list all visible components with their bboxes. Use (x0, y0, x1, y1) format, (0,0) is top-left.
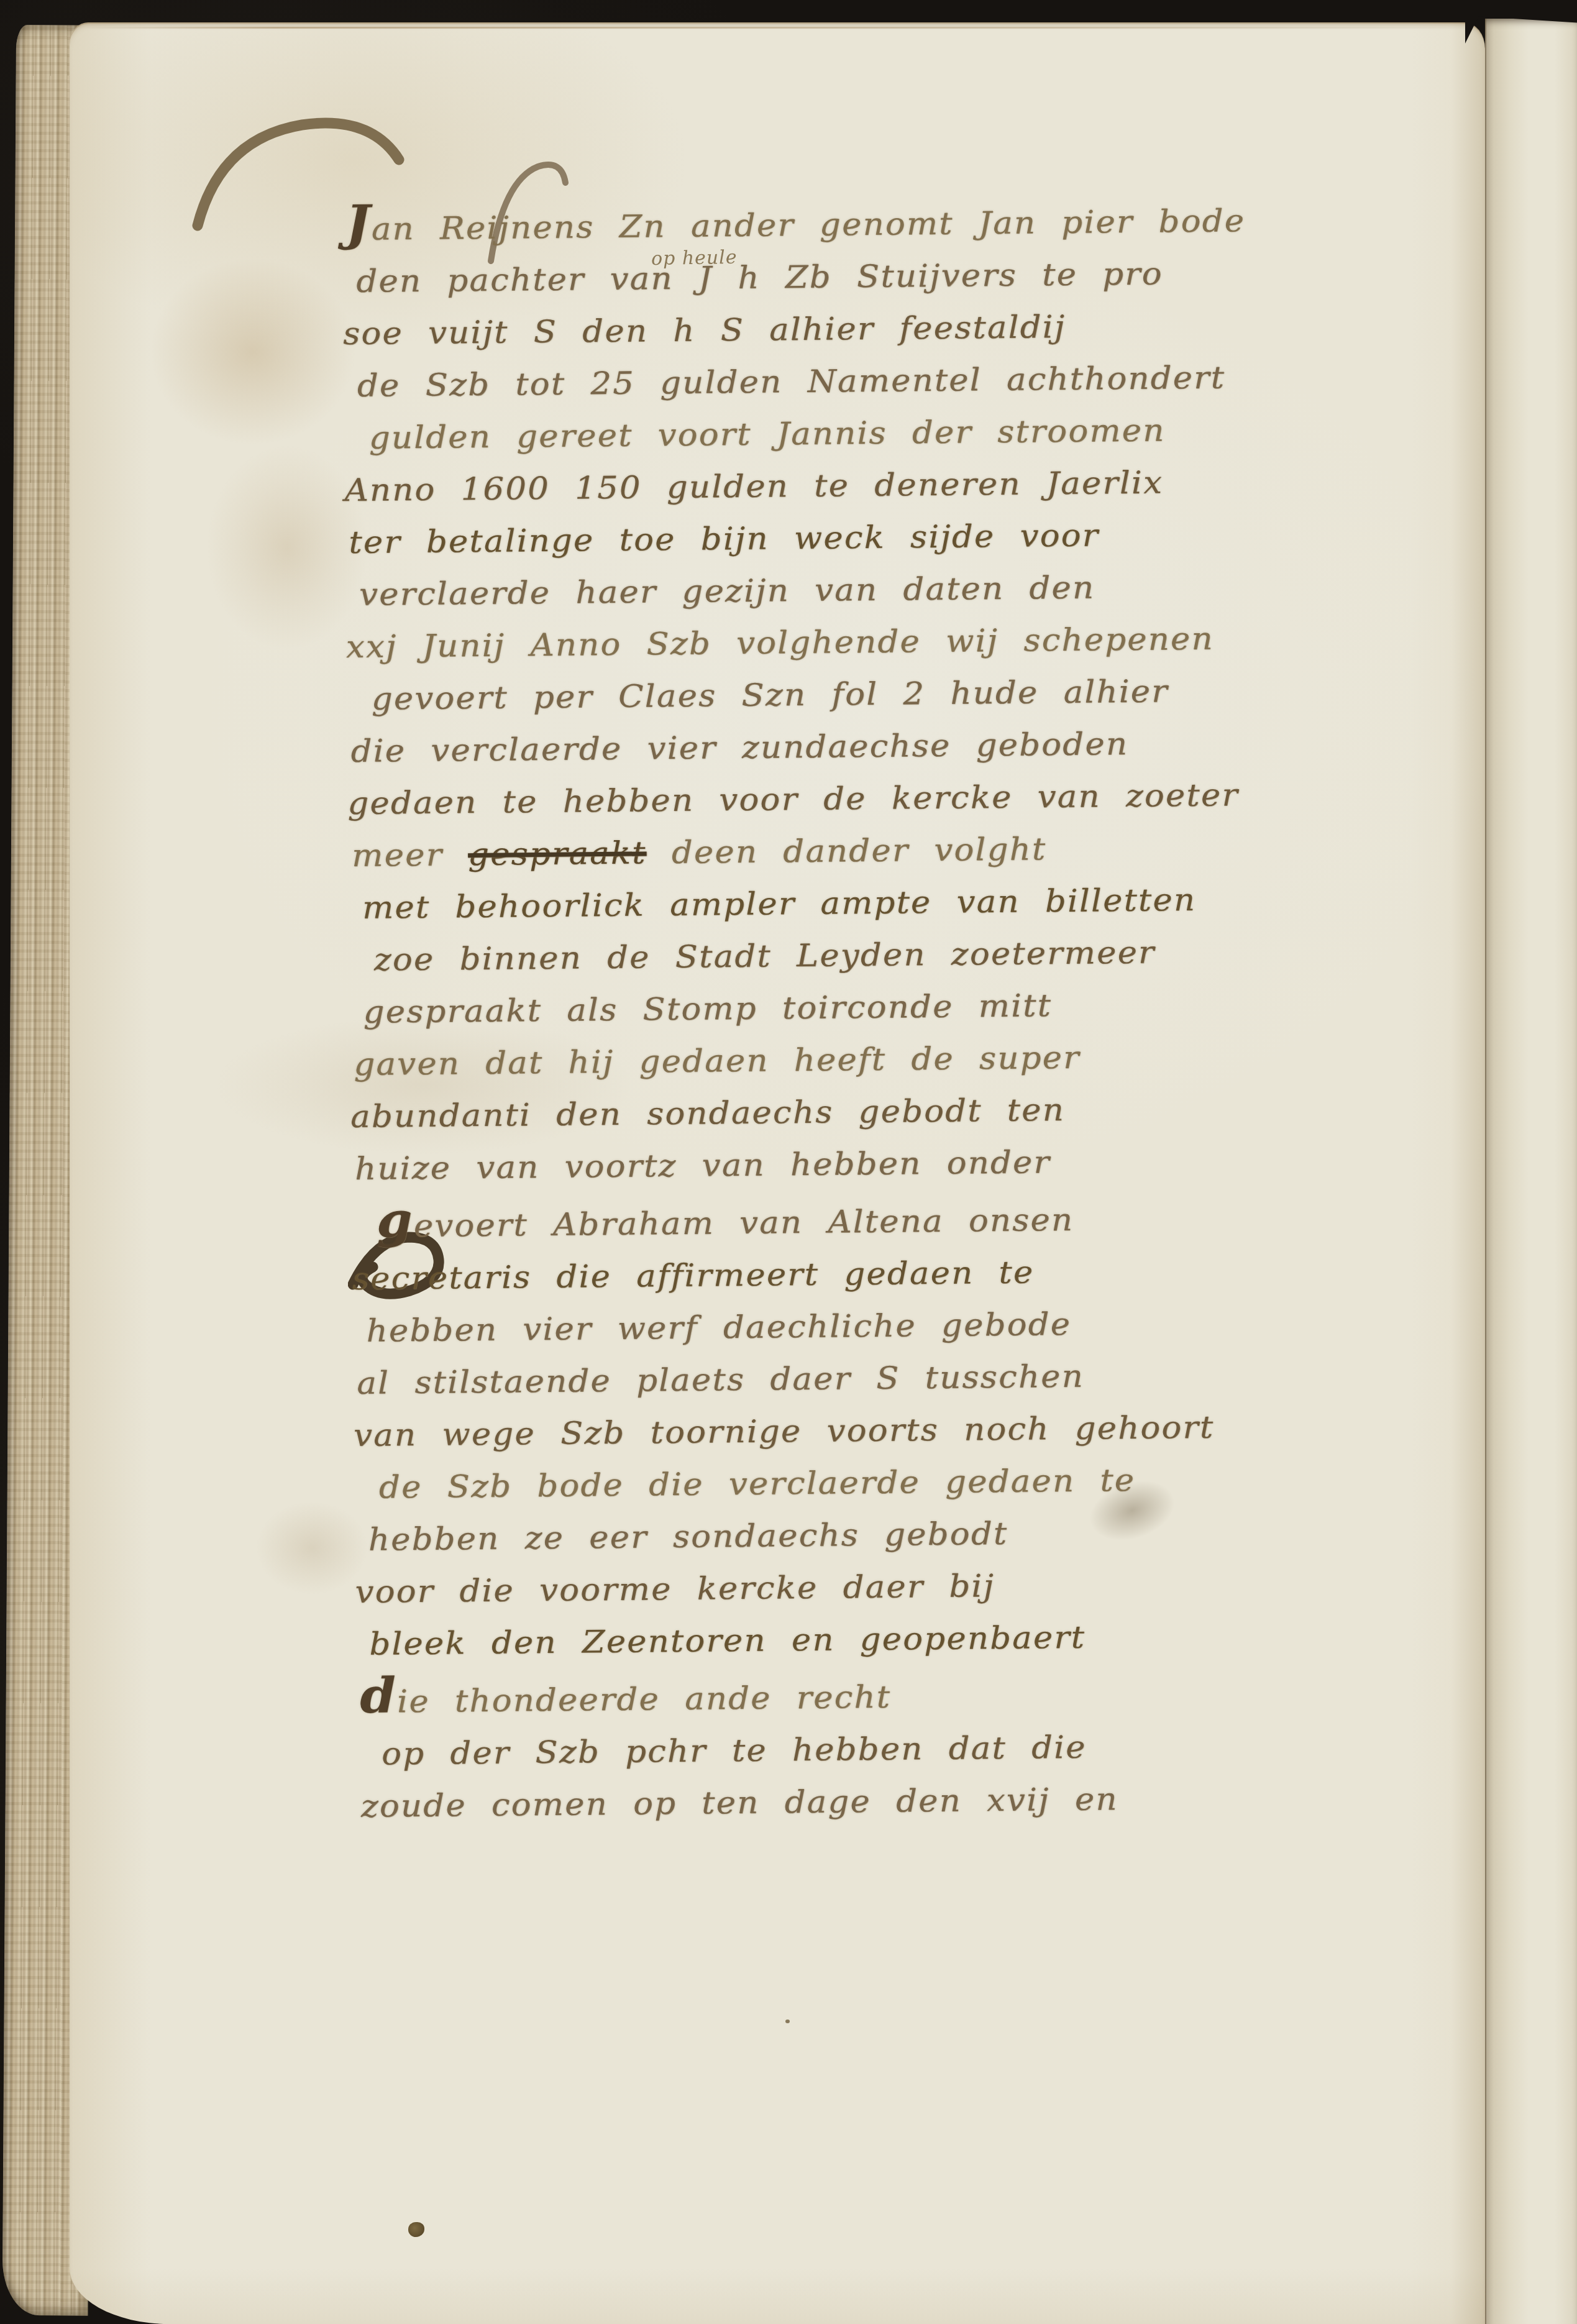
stain (150, 258, 355, 445)
stain (206, 445, 368, 650)
book-spread-photo: Jan Reijnens Zn ander genomt Jan pier bo… (0, 0, 1577, 2324)
facing-page-edge (1485, 19, 1577, 2324)
struck-word: gespraakt (468, 835, 647, 872)
manuscript-text: Jan Reijnens Zn ander genomt Jan pier bo… (345, 186, 1504, 1832)
stain (256, 1501, 368, 1594)
manuscript-line: gevoert Abraham van Altena onsen (376, 1183, 1566, 1252)
interlinear-insertion: op heule (651, 247, 738, 270)
ink-speck (785, 2020, 790, 2023)
ink-blot-dot (408, 2222, 424, 2237)
